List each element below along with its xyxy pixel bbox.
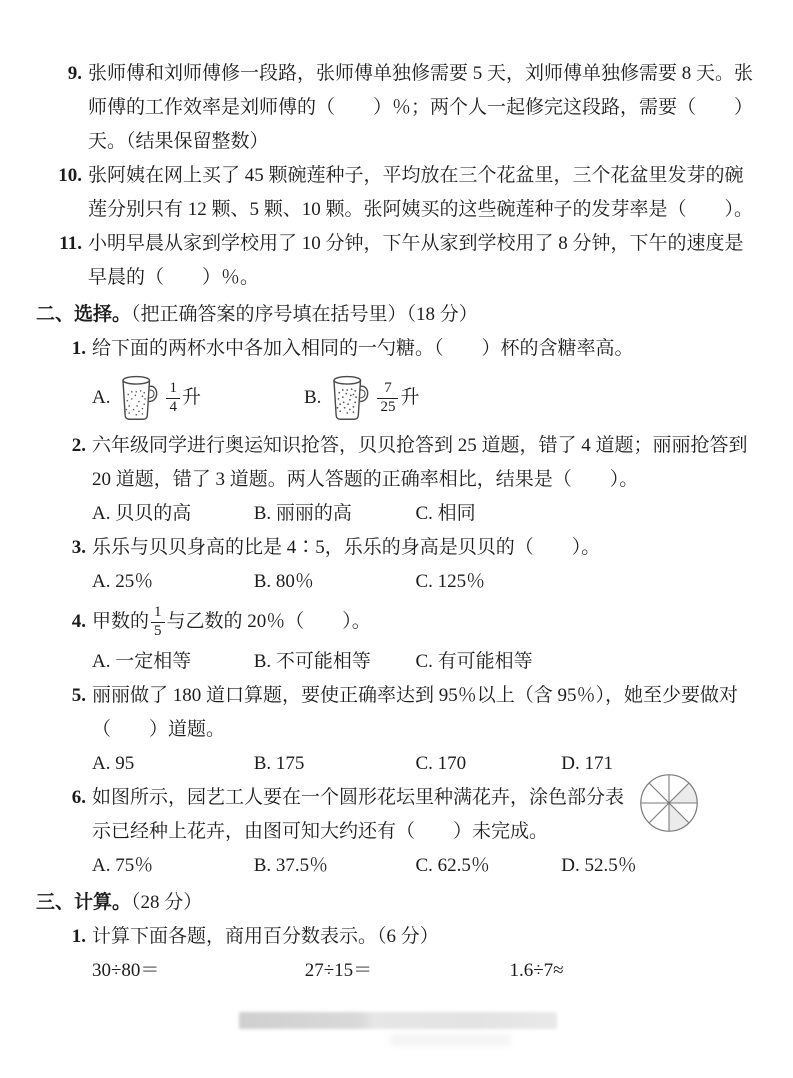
question-text: 小明早晨从家到学校用了 10 分钟，下午从家到学校用了 8 分钟，下午的速度是早… bbox=[88, 233, 744, 288]
option-b: B. 175 bbox=[254, 747, 411, 781]
choice-question-2: 2. 六年级同学进行奥运知识抢答，贝贝抢答到 25 道题，错了 4 道题；丽丽抢… bbox=[36, 429, 753, 497]
option-b: B. 80％ bbox=[254, 565, 411, 599]
choice-question-5: 5. 丽丽做了 180 道口算题，要使正确率达到 95％以上（含 95％），她至… bbox=[36, 679, 753, 747]
unit-label: 升 bbox=[400, 381, 419, 415]
choice-q1-options: A. bbox=[36, 369, 753, 427]
fraction-numerator: 7 bbox=[377, 381, 398, 398]
option-d: D. 171 bbox=[561, 747, 613, 781]
option-b: B. 不可能相等 bbox=[254, 645, 411, 679]
question-number: 5. bbox=[42, 679, 86, 713]
question-text: 张师傅和刘师傅修一段路，张师傅单独修需要 5 天，刘师傅单独修需要 8 天。张师… bbox=[88, 63, 753, 152]
option-c: C. 有可能相等 bbox=[416, 645, 533, 679]
fill-question-11: 11. 小明早晨从家到学校用了 10 分钟，下午从家到学校用了 8 分钟，下午的… bbox=[36, 227, 753, 295]
choice-question-4: 4. 甲数的 1 5 与乙数的 20％（ ）。 bbox=[36, 599, 753, 645]
option-b: B. bbox=[304, 372, 419, 424]
choice-question-3: 3. 乐乐与贝贝身高的比是 4∶5，乐乐的身高是贝贝的（ ）。 bbox=[36, 531, 753, 565]
question-text: 六年级同学进行奥运知识抢答，贝贝抢答到 25 道题，错了 4 道题；丽丽抢答到 … bbox=[92, 435, 748, 490]
question-text: 给下面的两杯水中各加入相同的一勺糖。（ ）杯的含糖率高。 bbox=[92, 338, 634, 359]
calc-item-1: 1. 计算下面各题，商用百分数表示。（6 分） bbox=[36, 920, 753, 954]
question-number: 3. bbox=[42, 531, 86, 565]
unit-label: 升 bbox=[182, 381, 201, 415]
option-label: A. bbox=[92, 381, 110, 415]
question-number: 6. bbox=[42, 781, 86, 815]
choice-q4-options: A. 一定相等 B. 不可能相等 C. 有可能相等 bbox=[36, 645, 753, 679]
question-number: 4. bbox=[42, 605, 86, 639]
section-title: 三、计算。 bbox=[36, 892, 131, 913]
fraction-denominator: 5 bbox=[151, 622, 165, 640]
fraction: 1 5 bbox=[151, 605, 165, 640]
question-number: 2. bbox=[42, 429, 86, 463]
option-c: C. 相同 bbox=[416, 497, 476, 531]
calc-expression: 30÷80＝ bbox=[92, 954, 300, 988]
choice-question-6: 6. 如图所示，园艺工人要在一个圆形花坛里种满花卉，涂色部分表示已经种上花卉，由… bbox=[36, 781, 753, 849]
flowerbed-circle-figure bbox=[639, 773, 699, 833]
fraction: 1 4 bbox=[166, 381, 180, 416]
calc-expression: 1.6÷7≈ bbox=[510, 954, 564, 988]
option-b: B. 37.5％ bbox=[254, 849, 411, 883]
question-text: 计算下面各题，商用百分数表示。（6 分） bbox=[92, 926, 439, 947]
question-number: 1. bbox=[42, 332, 86, 366]
choice-q2-options: A. 贝贝的高 B. 丽丽的高 C. 相同 bbox=[36, 497, 753, 531]
calc-expressions-row: 30÷80＝ 27÷15＝ 1.6÷7≈ bbox=[36, 954, 753, 988]
fraction-numerator: 1 bbox=[166, 381, 180, 398]
option-c: C. 125％ bbox=[416, 565, 486, 599]
question-text-after: 与乙数的 20％（ ）。 bbox=[167, 605, 371, 639]
option-a: A. 75％ bbox=[92, 849, 249, 883]
option-c: C. 62.5％ bbox=[416, 849, 557, 883]
section-choice-heading: 二、选择。（把正确答案的序号填在括号里）（18 分） bbox=[36, 298, 753, 332]
choice-q6-options: A. 75％ B. 37.5％ C. 62.5％ D. 52.5％ bbox=[36, 849, 753, 883]
option-c: C. 170 bbox=[416, 747, 557, 781]
section-note: （28 分） bbox=[131, 892, 202, 913]
question-text: 如图所示，园艺工人要在一个圆形花坛里种满花卉，涂色部分表示已经种上花卉，由图可知… bbox=[92, 787, 624, 842]
sugar-water-mug-icon bbox=[326, 372, 372, 424]
question-text-before: 甲数的 bbox=[92, 605, 149, 639]
option-a: A. 一定相等 bbox=[92, 645, 249, 679]
question-number: 9. bbox=[36, 57, 82, 91]
choice-q3-options: A. 25％ B. 80％ C. 125％ bbox=[36, 565, 753, 599]
section-title: 二、选择。 bbox=[36, 304, 131, 325]
option-a: A. 95 bbox=[92, 747, 249, 781]
question-number: 11. bbox=[36, 227, 82, 261]
question-text: 乐乐与贝贝身高的比是 4∶5，乐乐的身高是贝贝的（ ）。 bbox=[92, 537, 600, 558]
option-b: B. 丽丽的高 bbox=[254, 497, 411, 531]
fraction-denominator: 4 bbox=[166, 398, 180, 416]
option-a: A. bbox=[92, 372, 304, 424]
option-d: D. 52.5％ bbox=[561, 849, 636, 883]
section-calc-heading: 三、计算。（28 分） bbox=[36, 886, 753, 920]
blurred-watermark bbox=[239, 1012, 557, 1029]
question-number: 1. bbox=[42, 920, 86, 954]
fill-question-10: 10. 张阿姨在网上买了 45 颗碗莲种子，平均放在三个花盆里，三个花盆里发芽的… bbox=[36, 159, 753, 227]
sugar-water-mug-icon bbox=[115, 372, 161, 424]
fraction-numerator: 1 bbox=[151, 605, 165, 622]
question-text: 丽丽做了 180 道口算题，要使正确率达到 95％以上（含 95％），她至少要做… bbox=[92, 685, 738, 740]
fraction: 7 25 bbox=[377, 381, 398, 416]
paper-content: 9. 张师傅和刘师傅修一段路，张师傅单独修需要 5 天，刘师傅单独修需要 8 天… bbox=[0, 0, 793, 988]
question-number: 10. bbox=[36, 159, 82, 193]
option-a: A. 25％ bbox=[92, 565, 249, 599]
calc-expression: 27÷15＝ bbox=[305, 954, 505, 988]
fraction-denominator: 25 bbox=[377, 398, 398, 416]
section-note: （把正确答案的序号填在括号里）（18 分） bbox=[131, 304, 478, 325]
test-paper-page: 9. 张师傅和刘师傅修一段路，张师傅单独修需要 5 天，刘师傅单独修需要 8 天… bbox=[0, 0, 793, 1078]
fill-question-9: 9. 张师傅和刘师傅修一段路，张师傅单独修需要 5 天，刘师傅单独修需要 8 天… bbox=[36, 57, 753, 159]
blurred-watermark-ghost bbox=[390, 1034, 510, 1046]
choice-question-1: 1. 给下面的两杯水中各加入相同的一勺糖。（ ）杯的含糖率高。 bbox=[36, 332, 753, 366]
question-text: 张阿姨在网上买了 45 颗碗莲种子，平均放在三个花盆里，三个花盆里发芽的碗莲分别… bbox=[88, 165, 753, 220]
option-label: B. bbox=[304, 381, 321, 415]
option-a: A. 贝贝的高 bbox=[92, 497, 249, 531]
